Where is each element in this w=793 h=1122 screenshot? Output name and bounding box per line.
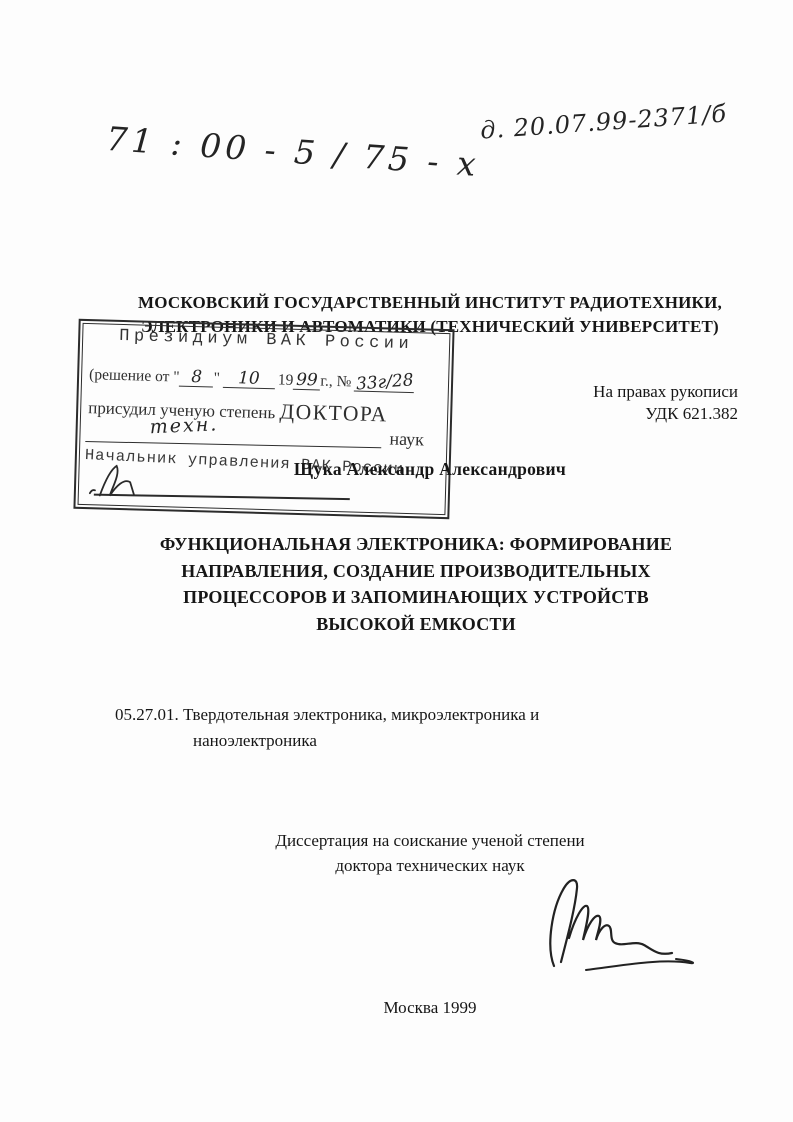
decision-day-blank: 8 [179,368,214,388]
author-name: Щука Александр Александрович [65,459,793,480]
decision-day-handwritten: 8 [191,367,202,387]
dissertation-line-1: Диссертация на соискание ученой степени [65,828,793,853]
decision-year-handwritten: 99 [296,370,318,391]
nauk-label: наук [389,429,424,451]
degree-word: ДОКТОРА [279,399,388,426]
decision-prefix: (решение от " [89,366,180,387]
decision-number-label: г., № [320,373,352,392]
dissertation-title-page: 71 : 00 - 5 / 75 - х д. 20.07.99-2371/б … [0,0,793,1122]
institution-line-1: МОСКОВСКИЙ ГОСУДАРСТВЕННЫЙ ИНСТИТУТ РАДИ… [65,291,793,315]
decision-month-handwritten: 10 [238,368,260,389]
specialty-line-1: 05.27.01. Твердотельная электроника, мик… [115,702,539,728]
manuscript-note: На правах рукописи [593,381,738,403]
decision-number-handwritten: 33г/28 [355,372,414,393]
degree-field-handwritten: техн. [149,413,218,438]
handwritten-registration-number: д. 20.07.99-2371/б [479,99,728,144]
author-signature [538,868,703,973]
decision-number-blank: 33г/28 [354,373,415,394]
city-year: Москва 1999 [65,998,793,1018]
udk-number: УДК 621.382 [593,403,738,425]
dissertation-title: ФУНКЦИОНАЛЬНАЯ ЭЛЕКТРОНИКА: ФОРМИРОВАНИЕ… [30,531,793,637]
specialty-line-2: наноэлектроника [115,728,539,754]
title-line-4: ВЫСОКОЙ ЕМКОСТИ [30,611,793,638]
vak-approval-stamp: Президиум ВАК России (решение от " 8 " 1… [73,319,454,519]
title-line-2: НАПРАВЛЕНИЯ, СОЗДАНИЕ ПРОИЗВОДИТЕЛЬНЫХ [30,558,793,585]
decision-year-blank: 99 [293,371,321,391]
decision-close-quote: " [213,370,220,388]
decision-month-blank: 10 [223,369,276,389]
title-line-1: ФУНКЦИОНАЛЬНАЯ ЭЛЕКТРОНИКА: ФОРМИРОВАНИЕ [30,531,793,558]
specialty-block: 05.27.01. Твердотельная электроника, мик… [115,702,539,753]
handwritten-catalog-number: 71 : 00 - 5 / 75 - х [105,119,481,184]
author-signature-icon [538,868,703,973]
copyright-block: На правах рукописи УДК 621.382 [593,381,738,425]
title-line-3: ПРОЦЕССОРОВ И ЗАПОМИНАЮЩИХ УСТРОЙСТВ [30,584,793,611]
decision-year-prefix: 19 [278,371,294,389]
